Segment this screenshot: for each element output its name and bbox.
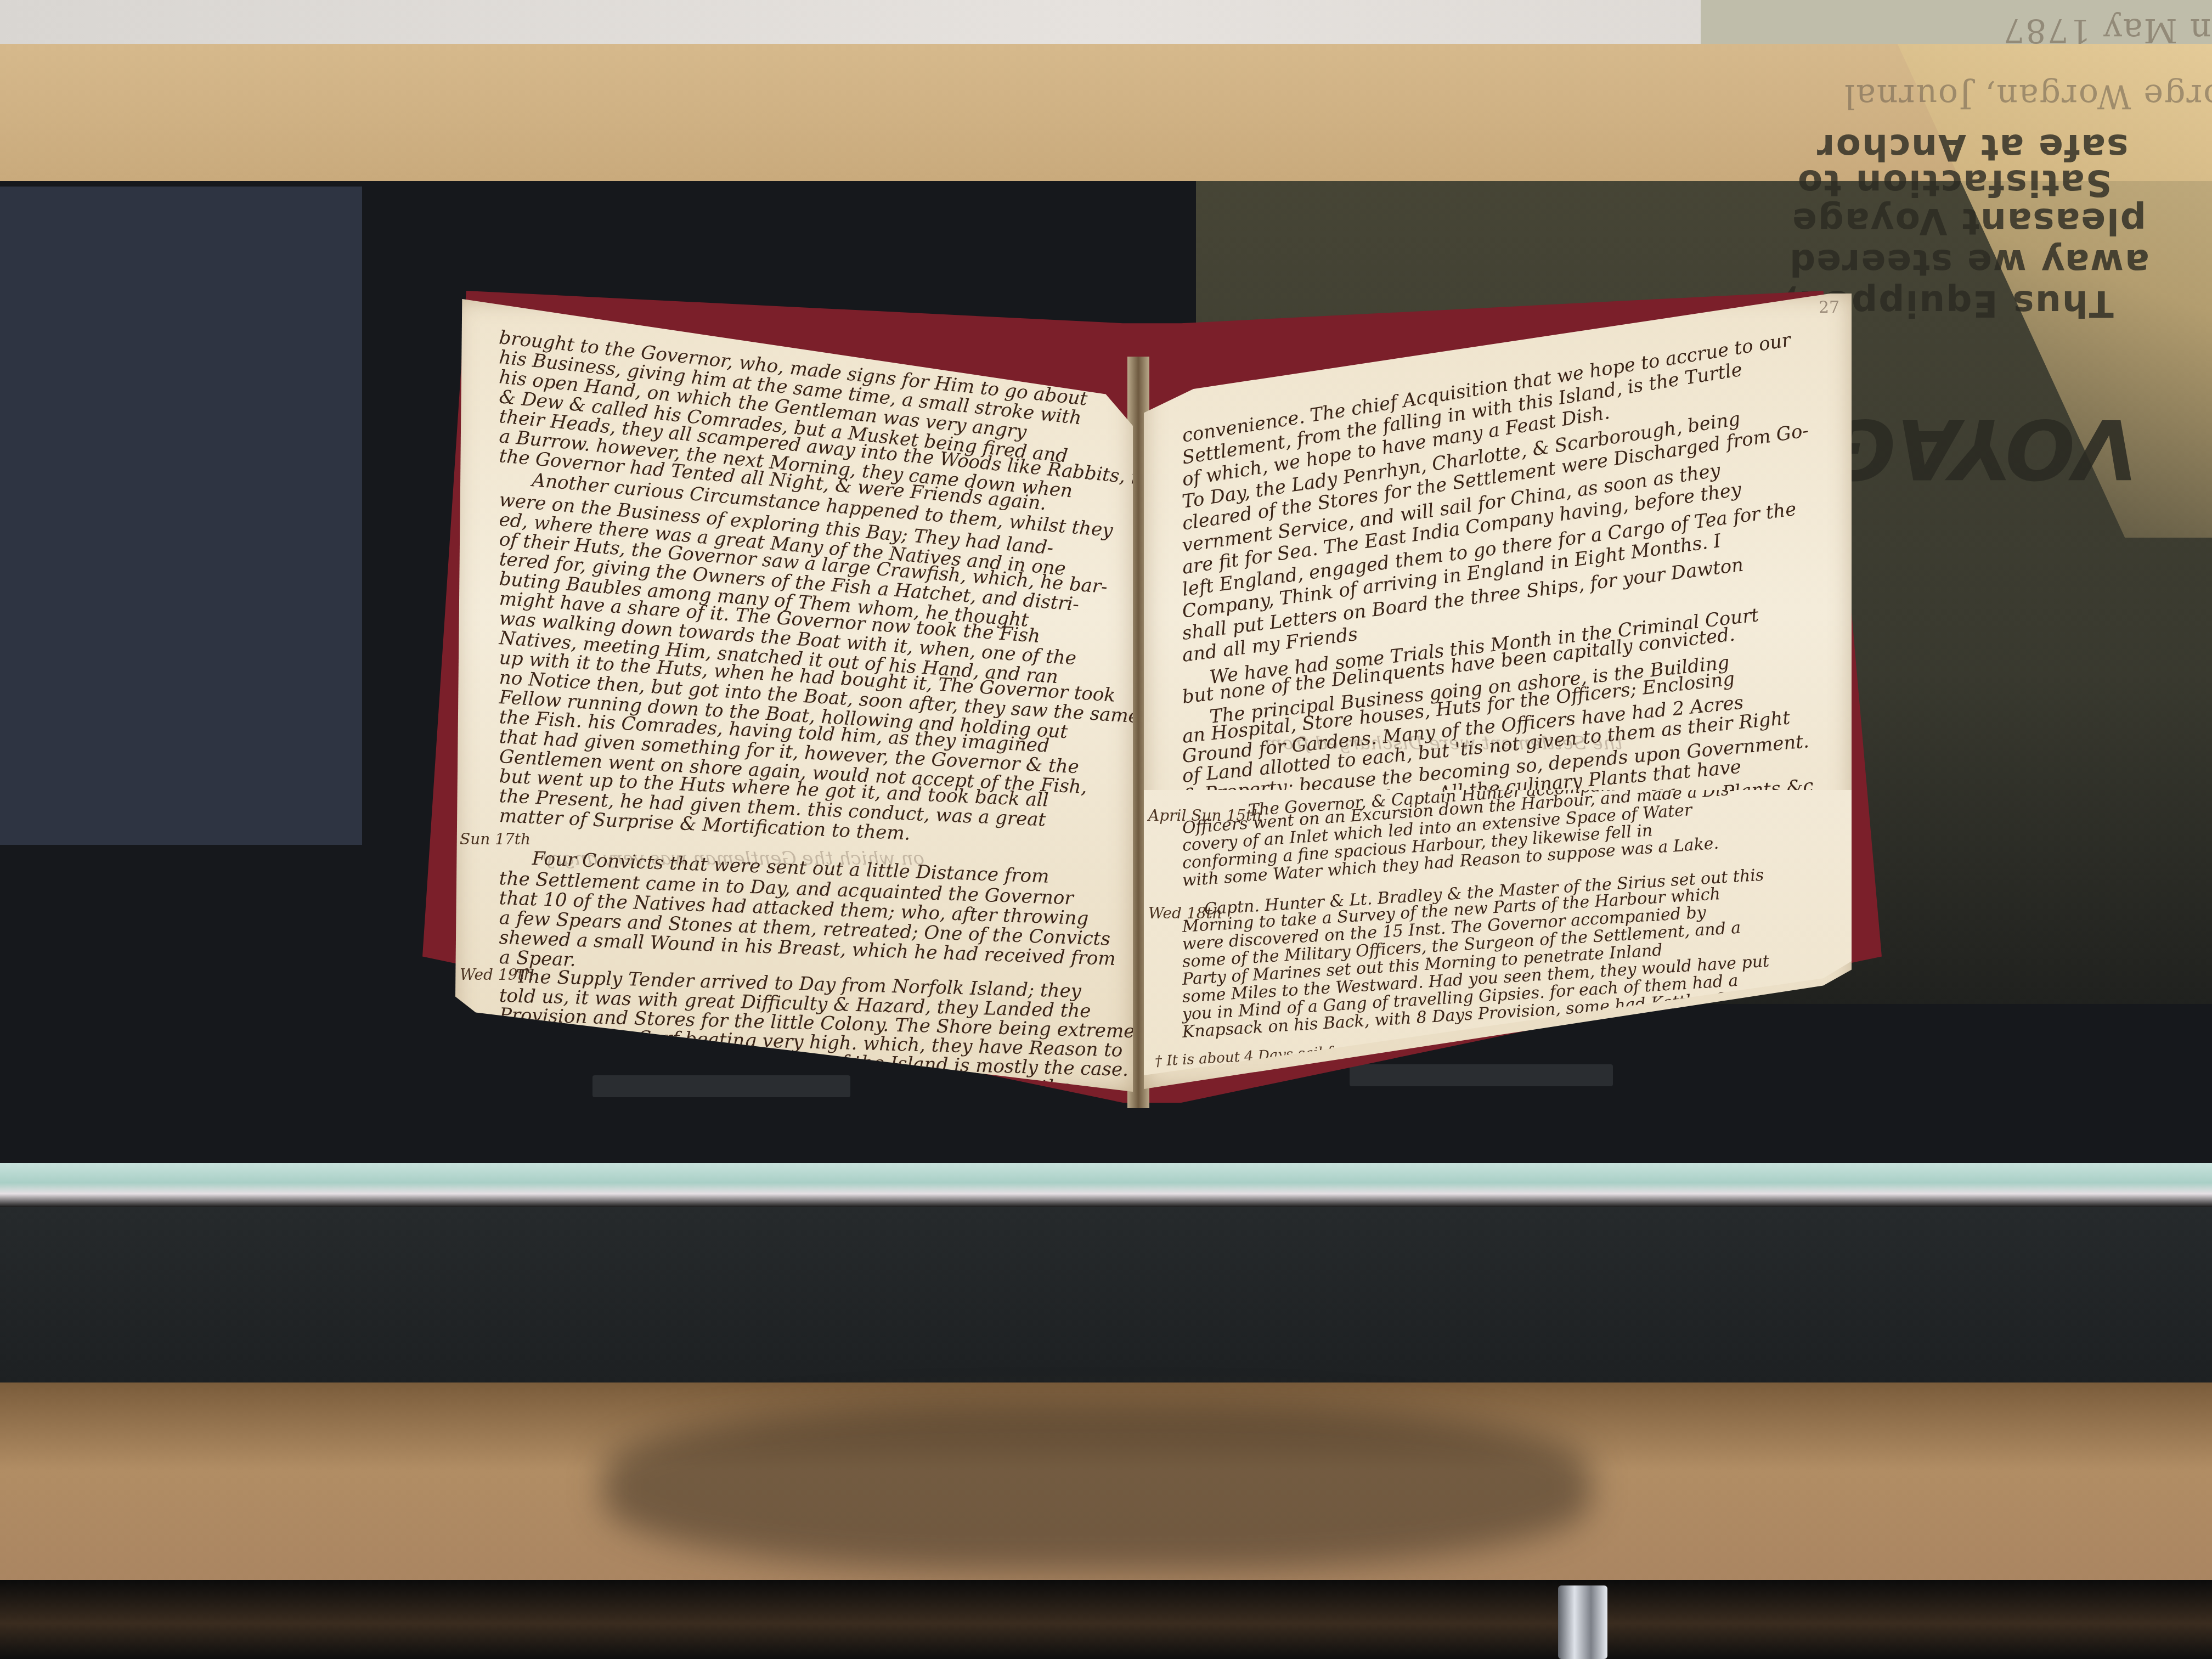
sign-body-line: away we steered (1788, 241, 2149, 284)
lock-icon (1558, 1585, 1607, 1659)
shadow (603, 1404, 1591, 1569)
glass-edge (0, 1163, 2212, 1207)
sign-body-line: Satisfaction to (1797, 162, 2112, 204)
glass-reflection-pane (0, 187, 362, 845)
book-stand-left (592, 1075, 850, 1097)
entry-date: Sun 17th (460, 830, 531, 848)
manuscript-page-left: on which the Gentleman was very angry br… (455, 299, 1133, 1092)
sign-header-line: in May 1787 (2002, 11, 2212, 49)
left-page-text: brought to the Governor, who, made signs… (455, 299, 1133, 1092)
sign-header-line: George Worgan, Journal (1843, 77, 2212, 115)
sign-body-line: pleasant Voyage (1791, 200, 2146, 242)
case-base (0, 1580, 2212, 1659)
case-front-panel (0, 1207, 2212, 1388)
book-stand-right (1350, 1064, 1613, 1086)
